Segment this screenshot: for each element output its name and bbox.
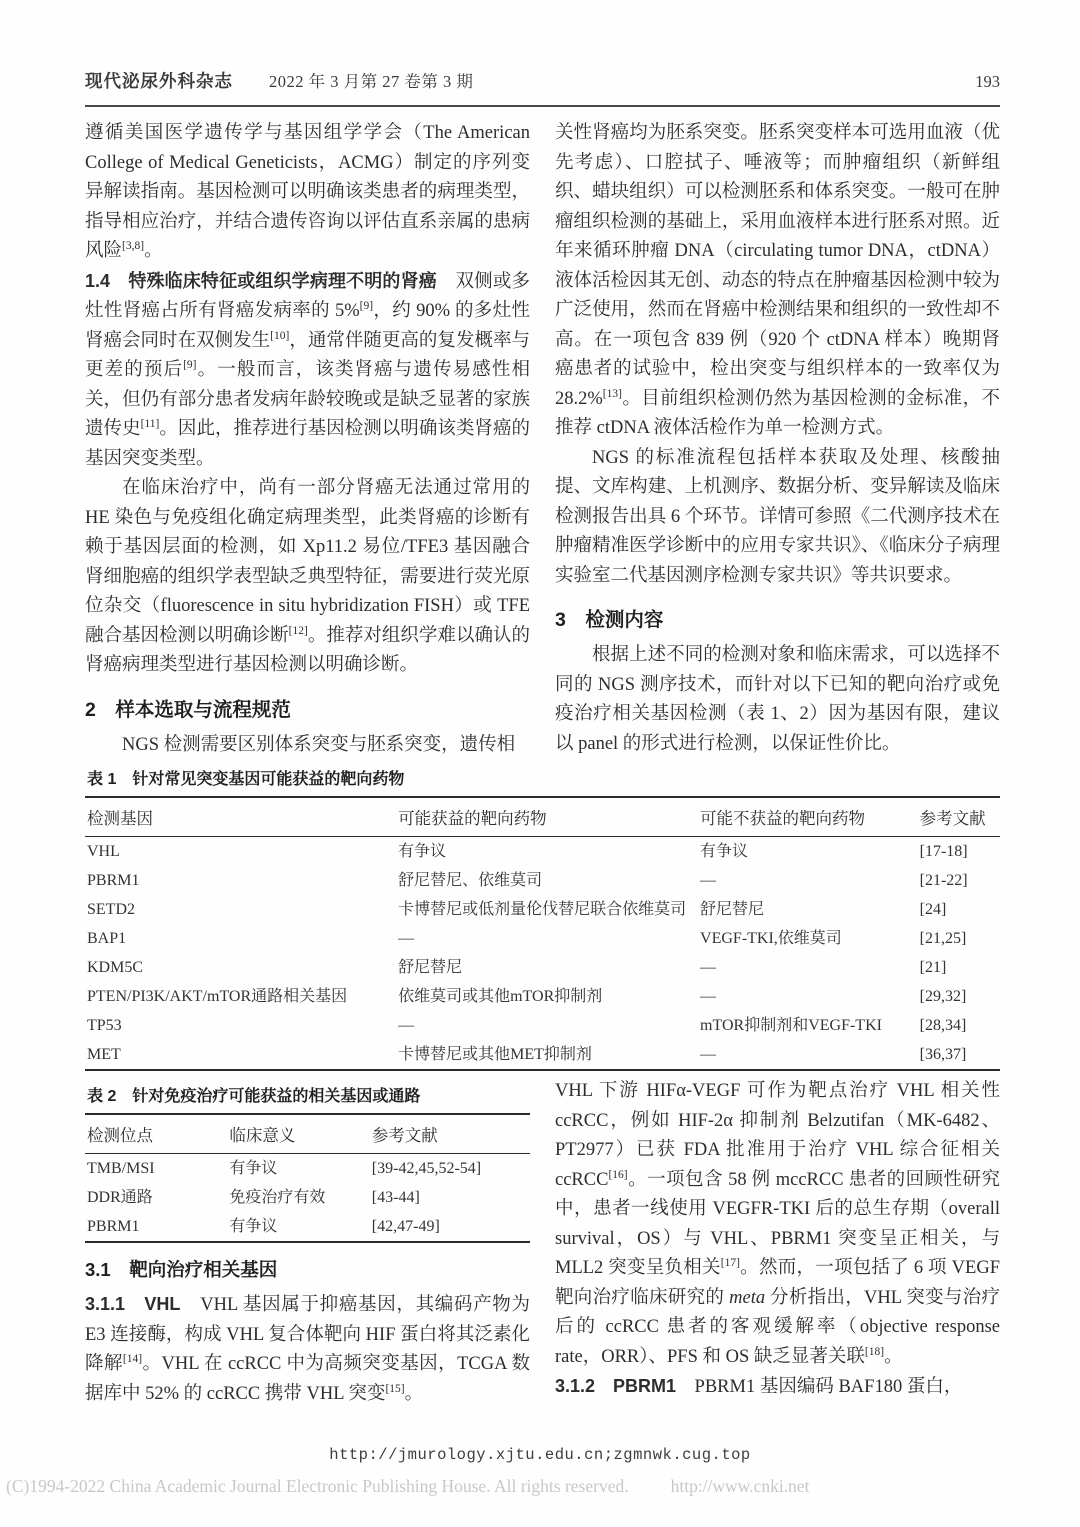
left-column-bottom: 表 2 针对免疫治疗可能获益的相关基因或通路 检测位点临床意义参考文献 TMB/…: [85, 1077, 530, 1409]
table-cell: TMB/MSI: [85, 1154, 227, 1184]
page-header: 现代泌尿外科杂志 2022 年 3 月第 27 卷第 3 期 193: [85, 0, 1000, 93]
table-cell: [43-44]: [370, 1183, 530, 1212]
table-header-row: 检测基因可能获益的靶向药物可能不获益的靶向药物参考文献: [85, 797, 1000, 837]
table-row: VHL有争议有争议[17-18]: [85, 837, 1000, 867]
table-cell: [28,34]: [918, 1011, 1000, 1040]
table-cell: MET: [85, 1040, 396, 1070]
copyright-watermark: (C)1994-2022 China Academic Journal Elec…: [6, 1476, 1080, 1497]
table-cell: TP53: [85, 1011, 396, 1040]
table-header-row: 检测位点临床意义参考文献: [85, 1114, 530, 1154]
table-row: KDM5C舒尼替尼—[21]: [85, 953, 1000, 982]
paragraph: 遵循美国医学遗传学与基因组学学会（The American College of…: [85, 119, 530, 267]
bottom-columns: 表 2 针对免疫治疗可能获益的相关基因或通路 检测位点临床意义参考文献 TMB/…: [85, 1077, 1000, 1409]
table-cell: 免疫治疗有效: [227, 1183, 369, 1212]
table-cell: [24]: [918, 895, 1000, 924]
table-cell: 舒尼替尼: [698, 895, 918, 924]
table-cell: 依维莫司或其他mTOR抑制剂: [396, 982, 698, 1011]
table-cell: PTEN/PI3K/AKT/mTOR通路相关基因: [85, 982, 396, 1011]
table-cell: PBRM1: [85, 1212, 227, 1242]
column-header: 参考文献: [918, 797, 1000, 837]
citation-ref: [17]: [721, 1257, 740, 1269]
inline-heading: 3.1.2 PBRM1: [555, 1376, 676, 1396]
table-row: PTEN/PI3K/AKT/mTOR通路相关基因依维莫司或其他mTOR抑制剂—[…: [85, 982, 1000, 1011]
text-run: 2 样本选取与流程规范: [85, 699, 291, 721]
text-run: 在临床治疗中，尚有一部分肾癌无法通过常用的 HE 染色与免疫组化确定病理类型，此…: [85, 478, 530, 646]
table-cell: [42,47-49]: [370, 1212, 530, 1242]
citation-ref: [11]: [141, 418, 160, 430]
table1-section: 表 1 针对常见突变基因可能获益的靶向药物 检测基因可能获益的靶向药物可能不获益…: [85, 766, 1000, 1071]
citation-ref: [12]: [289, 624, 308, 636]
header-rule: [85, 105, 1000, 107]
text-run: 。目前组织检测仍然为基因检测的金标准，不推荐 ctDNA 液体活检作为单一检测方…: [555, 389, 1000, 439]
right-column-top: 关性肾癌均为胚系突变。胚系突变样本可选用血液（优先考虑）、口腔拭子、唾液等；而肿…: [555, 119, 1000, 760]
citation-ref: [3,8]: [122, 240, 144, 252]
table-cell: —: [396, 1011, 698, 1040]
paragraph: 3.1.1 VHL VHL 基因属于抑癌基因，其编码产物为 E3 连接酶，构成 …: [85, 1290, 530, 1409]
table-cell: 有争议: [227, 1212, 369, 1242]
table-cell: [21]: [918, 953, 1000, 982]
table-cell: [21-22]: [918, 866, 1000, 895]
table1-caption: 表 1 针对常见突变基因可能获益的靶向药物: [87, 766, 1000, 789]
table-cell: 卡博替尼或低剂量伦伐替尼联合依维莫司: [396, 895, 698, 924]
left-bottom-text: 3.1 靶向治疗相关基因3.1.1 VHL VHL 基因属于抑癌基因，其编码产物…: [85, 1256, 530, 1409]
text-run: 3 检测内容: [555, 609, 663, 631]
text-run: 。: [405, 1384, 424, 1404]
citation-ref: [15]: [385, 1382, 404, 1394]
left-column-top: 遵循美国医学遗传学与基因组学学会（The American College of…: [85, 119, 530, 760]
table-row: SETD2卡博替尼或低剂量伦伐替尼联合依维莫司舒尼替尼[24]: [85, 895, 1000, 924]
paragraph: 3.1.2 PBRM1 PBRM1 基因编码 BAF180 蛋白，: [555, 1372, 1000, 1403]
table-row: BAP1—VEGF-TKI,依维莫司[21,25]: [85, 924, 1000, 953]
table-cell: 有争议: [396, 837, 698, 867]
table-cell: DDR通路: [85, 1183, 227, 1212]
top-columns: 遵循美国医学遗传学与基因组学学会（The American College of…: [85, 119, 1000, 760]
citation-ref: [18]: [865, 1345, 884, 1357]
column-header: 临床意义: [227, 1114, 369, 1154]
table-cell: BAP1: [85, 924, 396, 953]
text-run: 3.1 靶向治疗相关基因: [85, 1259, 277, 1280]
table-row: TMB/MSI有争议[39-42,45,52-54]: [85, 1154, 530, 1184]
table-cell: 卡博替尼或其他MET抑制剂: [396, 1040, 698, 1070]
inline-heading: 3.1.1 VHL: [85, 1294, 180, 1314]
table-row: PBRM1舒尼替尼、依维莫司—[21-22]: [85, 866, 1000, 895]
issue-info: 2022 年 3 月第 27 卷第 3 期: [269, 68, 473, 92]
citation-ref: [9]: [360, 300, 373, 312]
paragraph: 根据上述不同的检测对象和临床需求，可以选择不同的 NGS 测序技术，而针对以下已…: [555, 641, 1000, 759]
column-header: 检测基因: [85, 797, 396, 837]
table-cell: [39-42,45,52-54]: [370, 1154, 530, 1184]
column-header: 可能获益的靶向药物: [396, 797, 698, 837]
paragraph: NGS 检测需要区别体系突变与胚系突变，遗传相: [85, 731, 530, 761]
section-heading: 3.1 靶向治疗相关基因: [85, 1256, 530, 1282]
journal-page: 现代泌尿外科杂志 2022 年 3 月第 27 卷第 3 期 193 遵循美国医…: [0, 0, 1080, 1527]
table-cell: SETD2: [85, 895, 396, 924]
table2-caption: 表 2 针对免疫治疗可能获益的相关基因或通路: [87, 1083, 530, 1106]
table-cell: [21,25]: [918, 924, 1000, 953]
table-cell: —: [698, 953, 918, 982]
text-run: 。: [884, 1347, 903, 1367]
text-run: PBRM1 基因编码 BAF180 蛋白，: [676, 1377, 962, 1397]
table-cell: 舒尼替尼、依维莫司: [396, 866, 698, 895]
text-run: NGS 检测需要区别体系突变与胚系突变，遗传相: [122, 735, 515, 755]
table-cell: 有争议: [698, 837, 918, 867]
text-run: 根据上述不同的检测对象和临床需求，可以选择不同的 NGS 测序技术，而针对以下已…: [555, 645, 1000, 754]
text-run: 。: [144, 241, 163, 261]
citation-ref: [10]: [270, 329, 289, 341]
table-cell: [36,37]: [918, 1040, 1000, 1070]
paragraph: VHL 下游 HIFα-VEGF 可作为靶点治疗 VHL 相关性 ccRCC，例…: [555, 1077, 1000, 1372]
inline-heading: 1.4 特殊临床特征或组织学病理不明的肾癌: [85, 271, 437, 291]
section-heading: 2 样本选取与流程规范: [85, 694, 530, 722]
table-row: TP53—mTOR抑制剂和VEGF-TKI[28,34]: [85, 1011, 1000, 1040]
text-run: NGS 的标准流程包括样本获取及处理、核酸抽提、文库构建、上机测序、数据分析、变…: [555, 448, 1000, 586]
table-row: PBRM1有争议[42,47-49]: [85, 1212, 530, 1242]
table-cell: 有争议: [227, 1154, 369, 1184]
paragraph: 在临床治疗中，尚有一部分肾癌无法通过常用的 HE 染色与免疫组化确定病理类型，此…: [85, 474, 530, 681]
table-cell: [17-18]: [918, 837, 1000, 867]
table2-section: 表 2 针对免疫治疗可能获益的相关基因或通路 检测位点临床意义参考文献 TMB/…: [85, 1083, 530, 1243]
table-cell: VEGF-TKI,依维莫司: [698, 924, 918, 953]
page-number: 193: [975, 72, 1000, 92]
text-run: 关性肾癌均为胚系突变。胚系突变样本可选用血液（优先考虑）、口腔拭子、唾液等；而肿…: [555, 123, 1000, 409]
paragraph: 关性肾癌均为胚系突变。胚系突变样本可选用血液（优先考虑）、口腔拭子、唾液等；而肿…: [555, 119, 1000, 444]
journal-title: 现代泌尿外科杂志: [85, 68, 233, 93]
table-row: DDR通路免疫治疗有效[43-44]: [85, 1183, 530, 1212]
citation-ref: [14]: [123, 1353, 142, 1365]
paragraph: NGS 的标准流程包括样本获取及处理、核酸抽提、文库构建、上机测序、数据分析、变…: [555, 444, 1000, 592]
right-column-bottom: VHL 下游 HIFα-VEGF 可作为靶点治疗 VHL 相关性 ccRCC，例…: [555, 1077, 1000, 1409]
copyright-text: (C)1994-2022 China Academic Journal Elec…: [6, 1476, 629, 1496]
table-cell: mTOR抑制剂和VEGF-TKI: [698, 1011, 918, 1040]
table-cell: KDM5C: [85, 953, 396, 982]
italic-text: meta: [729, 1288, 765, 1308]
table-cell: —: [698, 982, 918, 1011]
column-header: 可能不获益的靶向药物: [698, 797, 918, 837]
column-header: 检测位点: [85, 1114, 227, 1154]
section-heading: 3 检测内容: [555, 604, 1000, 632]
text-run: 。VHL 在 ccRCC 中为高频突变基因，TCGA 数据库中 52% 的 cc…: [85, 1354, 530, 1404]
cnki-url: http://www.cnki.net: [671, 1476, 810, 1496]
table-cell: 舒尼替尼: [396, 953, 698, 982]
targeted-drugs-table: 检测基因可能获益的靶向药物可能不获益的靶向药物参考文献 VHL有争议有争议[17…: [85, 796, 1000, 1071]
table-cell: —: [698, 866, 918, 895]
citation-ref: [13]: [603, 387, 622, 399]
citation-ref: [16]: [608, 1168, 627, 1180]
column-header: 参考文献: [370, 1114, 530, 1154]
table-cell: VHL: [85, 837, 396, 867]
table-cell: PBRM1: [85, 866, 396, 895]
table-cell: [29,32]: [918, 982, 1000, 1011]
journal-url: http://jmurology.xjtu.edu.cn;zgmnwk.cug.…: [0, 1446, 1080, 1464]
page-content: 现代泌尿外科杂志 2022 年 3 月第 27 卷第 3 期 193 遵循美国医…: [85, 0, 1000, 1409]
immunotherapy-genes-table: 检测位点临床意义参考文献 TMB/MSI有争议[39-42,45,52-54]D…: [85, 1113, 530, 1243]
citation-ref: [9]: [183, 359, 196, 371]
table-cell: —: [698, 1040, 918, 1070]
paragraph: 1.4 特殊临床特征或组织学病理不明的肾癌 双侧或多灶性肾癌占所有肾癌发病率的 …: [85, 267, 530, 475]
table-row: MET卡博替尼或其他MET抑制剂—[36,37]: [85, 1040, 1000, 1070]
table-cell: —: [396, 924, 698, 953]
